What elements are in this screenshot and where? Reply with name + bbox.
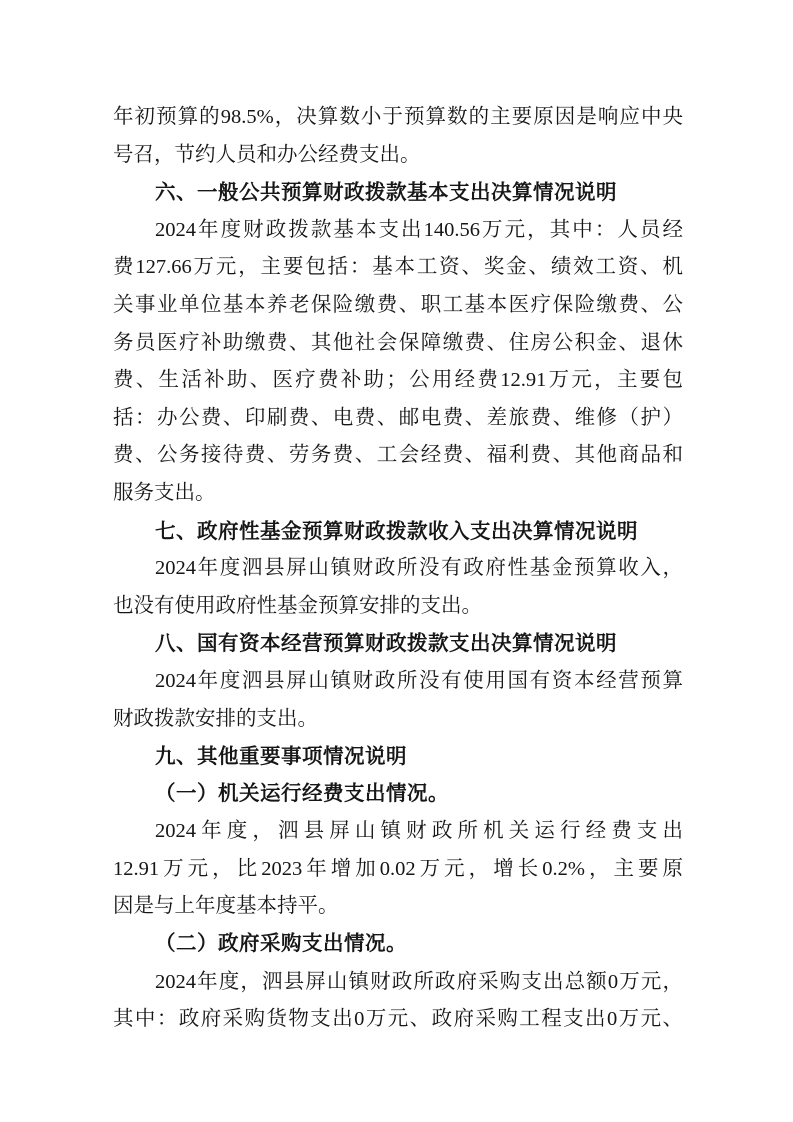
- text-line: 财政拨款安排的支出。: [113, 701, 683, 739]
- section-heading: 八、国有资本经营预算财政拨款支出决算情况说明: [113, 625, 683, 663]
- text-line: 费、公务接待费、劳务费、工会经费、福利费、其他商品和: [113, 437, 683, 475]
- text-line: 12.91万元，比2023年增加0.02万元，增长0.2%，主要原: [113, 851, 683, 889]
- text-line: 2024年度，泗县屏山镇财政所政府采购支出总额0万元，: [113, 964, 683, 1002]
- document-page: 年初预算的98.5%，决算数小于预算数的主要原因是响应中央 号召，节约人员和办公…: [0, 0, 793, 1122]
- text-line: 年初预算的98.5%，决算数小于预算数的主要原因是响应中央: [113, 99, 683, 137]
- text-line: 2024年度财政拨款基本支出140.56万元，其中：人员经: [113, 212, 683, 250]
- section-heading: 九、其他重要事项情况说明: [113, 738, 683, 776]
- text-line: 关事业单位基本养老保险缴费、职工基本医疗保险缴费、公: [113, 287, 683, 325]
- text-line: 服务支出。: [113, 475, 683, 513]
- text-line: 费、生活补助、医疗费补助；公用经费12.91万元，主要包: [113, 362, 683, 400]
- text-line: 2024年度，泗县屏山镇财政所机关运行经费支出: [113, 813, 683, 851]
- section-heading: 六、一般公共预算财政拨款基本支出决算情况说明: [113, 174, 683, 212]
- section-heading: 七、政府性基金预算财政拨款收入支出决算情况说明: [113, 513, 683, 551]
- text-column: 年初预算的98.5%，决算数小于预算数的主要原因是响应中央 号召，节约人员和办公…: [113, 99, 683, 1039]
- text-line: 务员医疗补助缴费、其他社会保障缴费、住房公积金、退休: [113, 325, 683, 363]
- text-line: 2024年度泗县屏山镇财政所没有使用国有资本经营预算: [113, 663, 683, 701]
- text-line: 其中：政府采购货物支出0万元、政府采购工程支出0万元、: [113, 1001, 683, 1039]
- subsection-heading: （一）机关运行经费支出情况。: [113, 776, 683, 814]
- text-line: 2024年度泗县屏山镇财政所没有政府性基金预算收入，: [113, 550, 683, 588]
- subsection-heading: （二）政府采购支出情况。: [113, 926, 683, 964]
- text-line: 费127.66万元，主要包括：基本工资、奖金、绩效工资、机: [113, 249, 683, 287]
- text-line: 因是与上年度基本持平。: [113, 888, 683, 926]
- text-line: 号召，节约人员和办公经费支出。: [113, 137, 683, 175]
- text-line: 也没有使用政府性基金预算安排的支出。: [113, 588, 683, 626]
- text-line: 括：办公费、印刷费、电费、邮电费、差旅费、维修（护）: [113, 400, 683, 438]
